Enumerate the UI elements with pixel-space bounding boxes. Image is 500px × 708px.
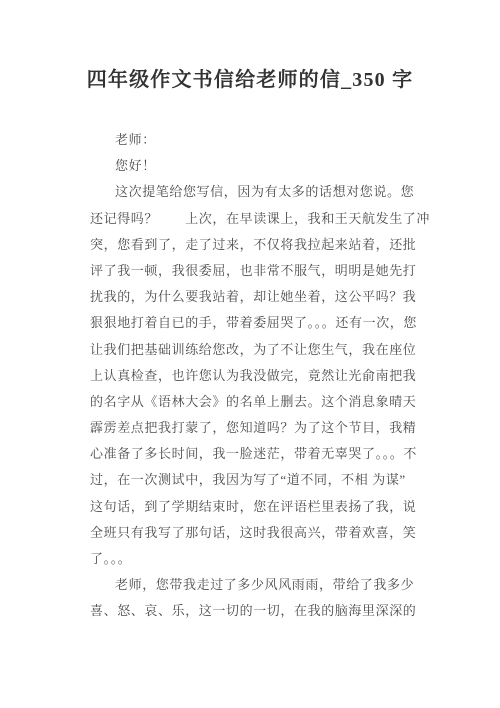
text-line: 霹雳差点把我打蒙了，您知道吗？为了这个节目，我精 <box>90 415 450 441</box>
text-line: 全班只有我写了那句话，这时我很高兴，带着欢喜，笑 <box>90 520 450 546</box>
text-line: 喜、怒、哀、乐，这一切的一切，在我的脑海里深深的 <box>90 598 450 624</box>
text-line: 让我们把基础训练给您改，为了不让您生气，我在座位 <box>90 337 450 363</box>
text-line: 老师，您带我走过了多少风风雨雨，带给了我多少 <box>90 572 450 598</box>
text-line: 了。。。 <box>90 546 450 572</box>
text-line: 评了我一顿，我很委屈，也非常不服气，明明是她先打 <box>90 258 450 284</box>
text-line: 上认真检查，也许您认为我没做完，竟然让光俞南把我 <box>90 363 450 389</box>
text-line: 扰我的，为什么要我站着，却让她坐着，这公平吗？我 <box>90 284 450 310</box>
page-title: 四年级作文书信给老师的信_350 字 <box>0 63 500 92</box>
text-line: 老师： <box>90 127 450 153</box>
letter-body: 老师：您好！这次提笔给您写信，因为有太多的话想对您说。您还记得吗？ 上次，在早读… <box>90 127 450 625</box>
text-line: 这次提笔给您写信，因为有太多的话想对您说。您 <box>90 179 450 205</box>
text-line: 心准备了多长时间，我一脸迷茫，带着无辜哭了。。。不 <box>90 441 450 467</box>
document-page: 四年级作文书信给老师的信_350 字 老师：您好！这次提笔给您写信，因为有太多的… <box>0 0 500 708</box>
text-line: 还记得吗？ 上次，在早读课上，我和王天航发生了冲 <box>90 206 450 232</box>
text-line: 过，在一次测试中，我因为写了“道不同，不相 为谋” <box>90 467 450 493</box>
text-line: 狠狠地打着自已的手，带着委屈哭了。。。还有一次，您 <box>90 310 450 336</box>
text-line: 的名字从《语林大会》的名单上删去。这个消息象晴天 <box>90 389 450 415</box>
text-line: 突，您看到了，走了过来，不仅将我拉起来站着，还批 <box>90 232 450 258</box>
text-line: 您好！ <box>90 153 450 179</box>
text-line: 这句话，到了学期结束时，您在评语栏里表扬了我，说 <box>90 494 450 520</box>
